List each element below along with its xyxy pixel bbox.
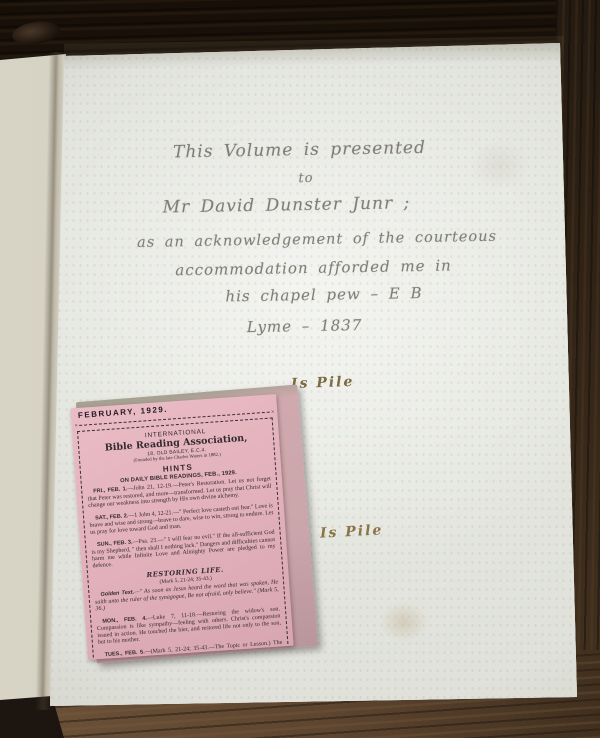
- book-photo: This Volume is presented to Mr David Dun…: [0, 0, 600, 738]
- ink-stamp-bottom: Is Pile: [320, 522, 384, 541]
- ink-stamp-top: Is Pile: [291, 374, 355, 392]
- cut-mark: ×: [271, 409, 275, 415]
- inscription-line: Mr David Dunster Junr ;: [51, 191, 521, 219]
- handwritten-inscription: This Volume is presented to Mr David Dun…: [70, 136, 543, 339]
- inscription-line: to: [71, 167, 541, 190]
- bible-reading-card: FEBRUARY, 1929. × × INTERNATIONAL Bible …: [70, 394, 293, 660]
- inscription-line: accommodation afforded me in: [78, 255, 548, 281]
- cut-mark: ×: [74, 423, 78, 429]
- inscription-line: his chapel pew – E B: [89, 282, 559, 308]
- card-dashed-border-box: INTERNATIONAL Bible Reading Association,…: [77, 417, 290, 659]
- entry-body: —Psa. 23.—" I will fear no evil." If the…: [91, 528, 276, 569]
- inscription-line: as an acknowledgement of the courteous: [82, 228, 552, 252]
- page-stain: [380, 602, 428, 642]
- daily-reading-entry: SUN., FEB. 3.—Psa. 23.—" I will fear no …: [91, 529, 276, 569]
